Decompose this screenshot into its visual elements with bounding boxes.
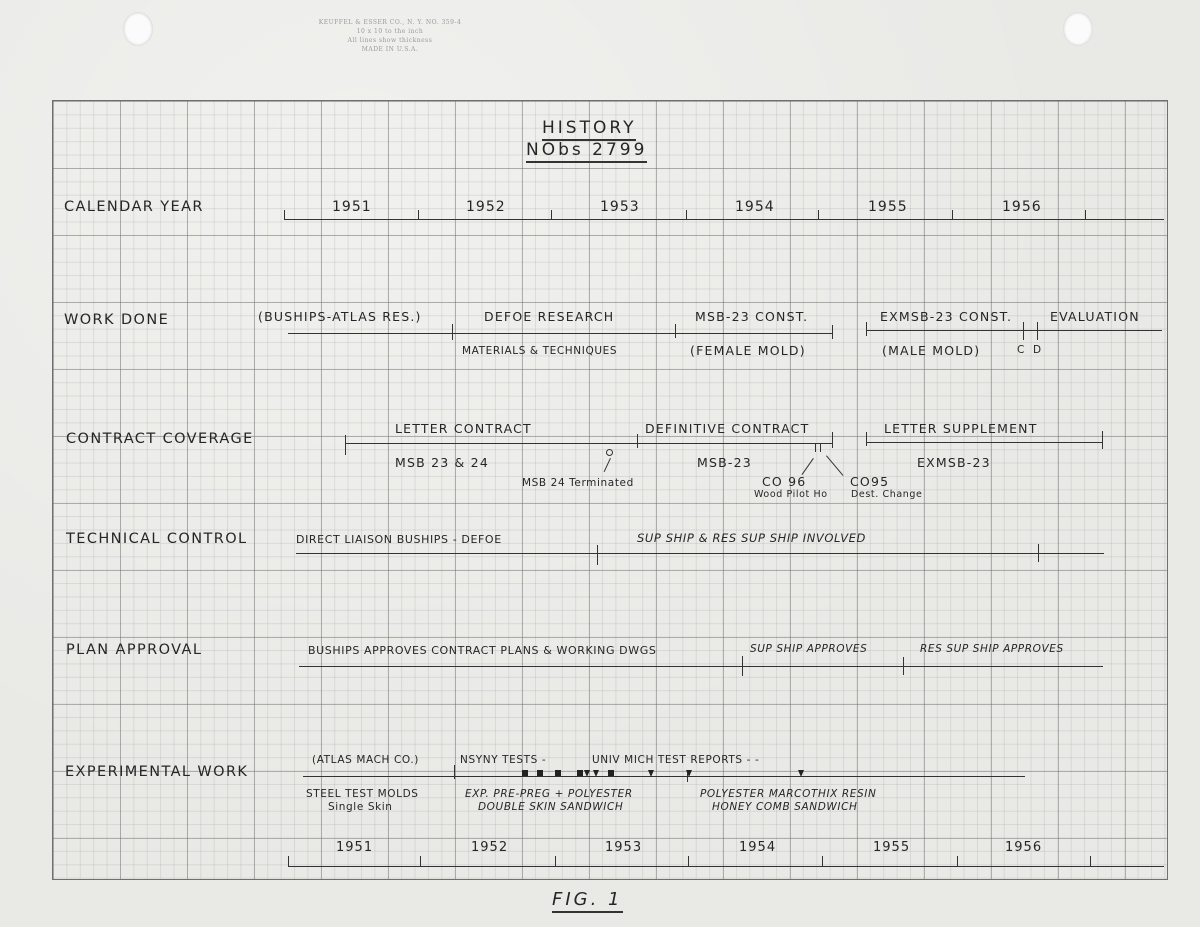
segment-tick: [903, 657, 904, 675]
segment-tick: [832, 325, 833, 339]
segment-tick: [1102, 431, 1103, 449]
segment-label: DEFOE RESEARCH: [484, 309, 614, 324]
marker-d-tick: [1037, 322, 1038, 340]
termination-marker: [606, 449, 613, 456]
segment-tick: [866, 322, 867, 336]
axis-tick: [686, 210, 687, 220]
punch-hole-left: [123, 12, 153, 46]
annotation-co95: CO95: [850, 474, 889, 489]
report-marker-triangle: [584, 770, 590, 777]
year-label: 1953: [600, 199, 640, 215]
report-marker-triangle: [648, 770, 654, 777]
year-label: 1954: [735, 199, 775, 215]
axis-tick: [555, 856, 556, 867]
annotation-co95-note: Dest. Change: [851, 489, 922, 500]
report-marker-triangle: [686, 770, 692, 777]
marker-c-tick: [1023, 322, 1024, 340]
year-label: 1956: [1002, 199, 1042, 215]
segment-sublabel: MSB-23: [697, 455, 752, 470]
segment-tick: [597, 545, 598, 565]
year-label: 1952: [471, 840, 508, 855]
label-atlas-mach-co: (ATLAS MACH CO.): [312, 754, 419, 766]
segment-tick: [345, 435, 346, 455]
axis-tick: [688, 856, 689, 867]
diagram-title: HISTORY: [542, 118, 636, 141]
segment-sublabel: (MALE MOLD): [882, 343, 980, 358]
segment-sublabel: MATERIALS & TECHNIQUES: [462, 345, 617, 357]
segment-sublabel: DOUBLE SKIN SANDWICH: [478, 801, 623, 813]
annotation-co96-note: Wood Pilot Ho: [754, 489, 828, 500]
report-marker-triangle: [593, 770, 599, 777]
segment-tick: [637, 434, 638, 448]
figure-caption: FIG. 1: [552, 889, 623, 913]
axis-tick: [818, 210, 819, 220]
segment-sublabel: (FEMALE MOLD): [690, 343, 806, 358]
axis-tick: [1090, 856, 1091, 867]
label-nsyny-tests: NSYNY TESTS -: [460, 754, 546, 766]
axis-tick: [418, 210, 419, 220]
segment-tick: [866, 432, 867, 446]
label-univ-mich-reports: UNIV MICH TEST REPORTS - -: [592, 754, 759, 766]
row-label-work-done: WORK DONE: [64, 312, 169, 328]
axis-tick: [957, 856, 958, 867]
segment-sublabel: EXMSB-23: [917, 455, 991, 470]
segment-label: (BUSHIPS-ATLAS RES.): [258, 309, 422, 324]
co96-tick: [815, 444, 816, 452]
year-label: 1955: [873, 840, 910, 855]
segment-label: DIRECT LIAISON BUSHIPS - DEFOE: [296, 533, 502, 546]
marker-label-c: C: [1017, 344, 1025, 356]
test-marker-square: [608, 770, 614, 776]
axis-tick: [1085, 210, 1086, 220]
year-label: 1955: [868, 199, 908, 215]
contract-number: NObs 2799: [526, 140, 647, 163]
segment-label: DEFINITIVE CONTRACT: [645, 421, 809, 436]
axis-tick: [284, 210, 285, 220]
marker-label-d: D: [1033, 344, 1042, 356]
co95-tick: [820, 444, 821, 452]
paper-maker-imprint: KEUFFEL & ESSER CO., N. Y. NO. 359-4 10 …: [300, 18, 480, 54]
row-label-contract-coverage: CONTRACT COVERAGE: [66, 431, 254, 447]
axis-tick: [420, 856, 421, 867]
row-label-experimental-work: EXPERIMENTAL WORK: [65, 764, 248, 780]
row-label-calendar-year: CALENDAR YEAR: [64, 199, 204, 215]
segment-label: POLYESTER MARCOTHIX RESIN: [700, 788, 876, 800]
segment-sublabel: MSB 23 & 24: [395, 455, 489, 470]
year-label: 1952: [466, 199, 506, 215]
year-label: 1951: [332, 199, 372, 215]
segment-label: MSB-23 CONST.: [695, 309, 808, 324]
test-marker-square: [537, 770, 543, 776]
segment-label: EXMSB-23 CONST.: [880, 309, 1012, 324]
year-label: 1953: [605, 840, 642, 855]
segment-label: SUP SHIP & RES SUP SHIP INVOLVED: [637, 531, 866, 545]
timeline-line: [303, 776, 1025, 777]
segment-label: LETTER CONTRACT: [395, 421, 532, 436]
segment-label: STEEL TEST MOLDS: [306, 788, 419, 800]
segment-tick: [1038, 544, 1039, 562]
annotation-msb24-terminated: MSB 24 Terminated: [522, 477, 634, 489]
segment-tick: [454, 765, 455, 779]
timeline-line: [288, 333, 833, 334]
timeline-line: [866, 442, 1103, 443]
segment-label: SUP SHIP APPROVES: [750, 643, 867, 655]
axis-tick: [288, 856, 289, 867]
segment-label: EVALUATION: [1050, 309, 1140, 324]
timeline-line: [345, 443, 833, 444]
axis-tick: [551, 210, 552, 220]
annotation-co96: CO 96: [762, 474, 806, 489]
segment-label: LETTER SUPPLEMENT: [884, 421, 1038, 436]
test-marker-square: [555, 770, 561, 776]
segment-label: BUSHIPS APPROVES CONTRACT PLANS & WORKIN…: [308, 644, 656, 657]
timeline-line: [299, 666, 1103, 667]
year-label: 1954: [739, 840, 776, 855]
test-marker-square: [577, 770, 583, 776]
segment-tick: [675, 324, 676, 338]
segment-tick: [742, 656, 743, 676]
test-marker-square: [522, 770, 528, 776]
axis-tick: [952, 210, 953, 220]
graph-paper-sheet: KEUFFEL & ESSER CO., N. Y. NO. 359-4 10 …: [0, 0, 1200, 927]
year-label: 1951: [336, 840, 373, 855]
timeline-line: [296, 553, 1104, 554]
segment-tick: [452, 324, 453, 340]
segment-label: EXP. PRE-PREG + POLYESTER: [465, 788, 633, 800]
report-marker-triangle: [798, 770, 804, 777]
axis-tick: [822, 856, 823, 867]
row-label-plan-approval: PLAN APPROVAL: [66, 642, 202, 658]
row-label-technical-control: TECHNICAL CONTROL: [66, 531, 248, 547]
punch-hole-right: [1063, 12, 1093, 46]
segment-tick: [832, 432, 833, 448]
segment-label: RES SUP SHIP APPROVES: [920, 643, 1064, 655]
segment-sublabel: HONEY COMB SANDWICH: [712, 801, 858, 813]
timeline-line: [866, 330, 1162, 331]
axis-line: [284, 219, 1164, 220]
segment-sublabel: Single Skin: [328, 801, 393, 813]
year-label: 1956: [1005, 840, 1042, 855]
